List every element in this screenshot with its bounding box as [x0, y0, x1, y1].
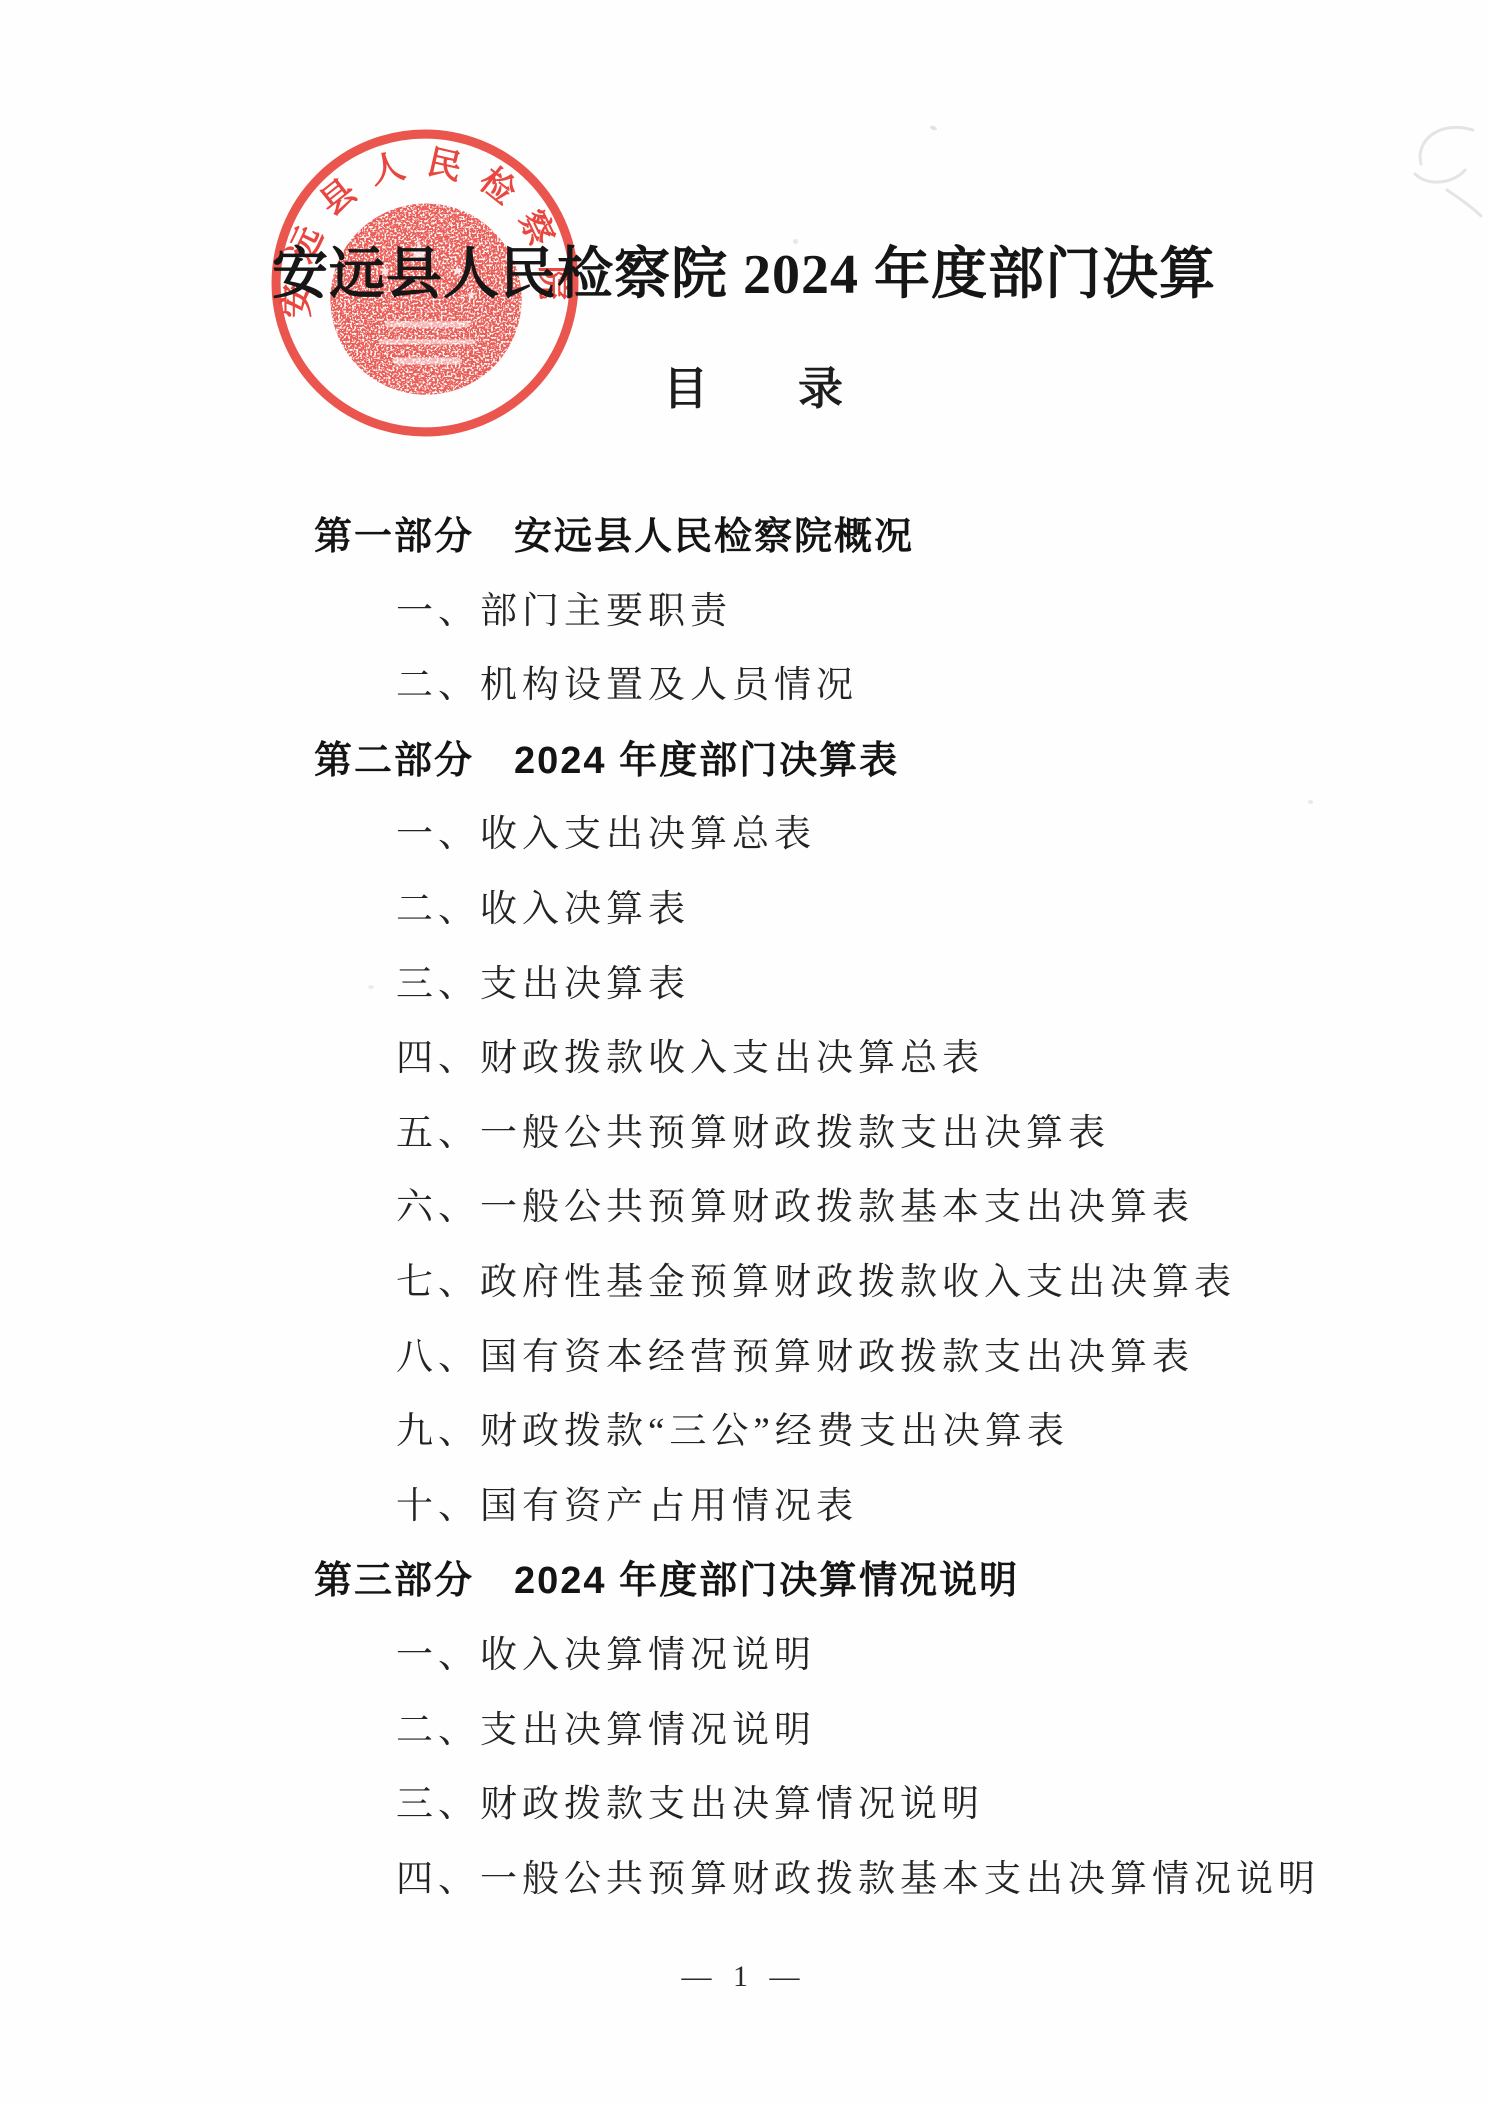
toc-heading: 目 录: [0, 352, 1488, 417]
page-number: — 1 —: [0, 1960, 1488, 1994]
toc-item: 七、政府性基金预算财政拨款收入支出决算表: [0, 1246, 1488, 1321]
toc-section-heading: 第二部分 2024 年度部门决算表: [0, 724, 1488, 799]
scan-artifact-squiggle: [1385, 112, 1488, 227]
toc-item: 一、收入支出决算总表: [0, 798, 1488, 873]
toc-item: 五、一般公共预算财政拨款支出决算表: [0, 1097, 1488, 1172]
toc-item: 四、财政拨款收入支出决算总表: [0, 1022, 1488, 1097]
toc-item: 一、部门主要职责: [0, 575, 1488, 650]
document-title: 安远县人民检察院 2024 年度部门决算: [0, 230, 1488, 310]
toc-section-heading: 第三部分 2024 年度部门决算情况说明: [0, 1544, 1488, 1619]
toc-item: 三、支出决算表: [0, 948, 1488, 1023]
toc-item: 一、收入决算情况说明: [0, 1619, 1488, 1694]
toc-item: 六、一般公共预算财政拨款基本支出决算表: [0, 1171, 1488, 1246]
scan-speck: [930, 125, 938, 131]
toc-item: 四、一般公共预算财政拨款基本支出决算情况说明: [0, 1843, 1488, 1918]
scanned-document-page: 安远县人民检察院 安远县人民检察院 2024 年度部门决算 目 录 第一部分 安…: [0, 0, 1488, 2104]
toc-item: 九、财政拨款“三公”经费支出决算表: [0, 1395, 1488, 1470]
toc-list: 第一部分 安远县人民检察院概况 一、部门主要职责 二、机构设置及人员情况 第二部…: [0, 500, 1488, 1917]
toc-item: 二、机构设置及人员情况: [0, 649, 1488, 724]
toc-item: 八、国有资本经营预算财政拨款支出决算表: [0, 1321, 1488, 1396]
toc-item: 三、财政拨款支出决算情况说明: [0, 1768, 1488, 1843]
toc-item: 十、国有资产占用情况表: [0, 1470, 1488, 1545]
toc-section-heading: 第一部分 安远县人民检察院概况: [0, 500, 1488, 575]
toc-item: 二、收入决算表: [0, 873, 1488, 948]
toc-item: 二、支出决算情况说明: [0, 1694, 1488, 1769]
